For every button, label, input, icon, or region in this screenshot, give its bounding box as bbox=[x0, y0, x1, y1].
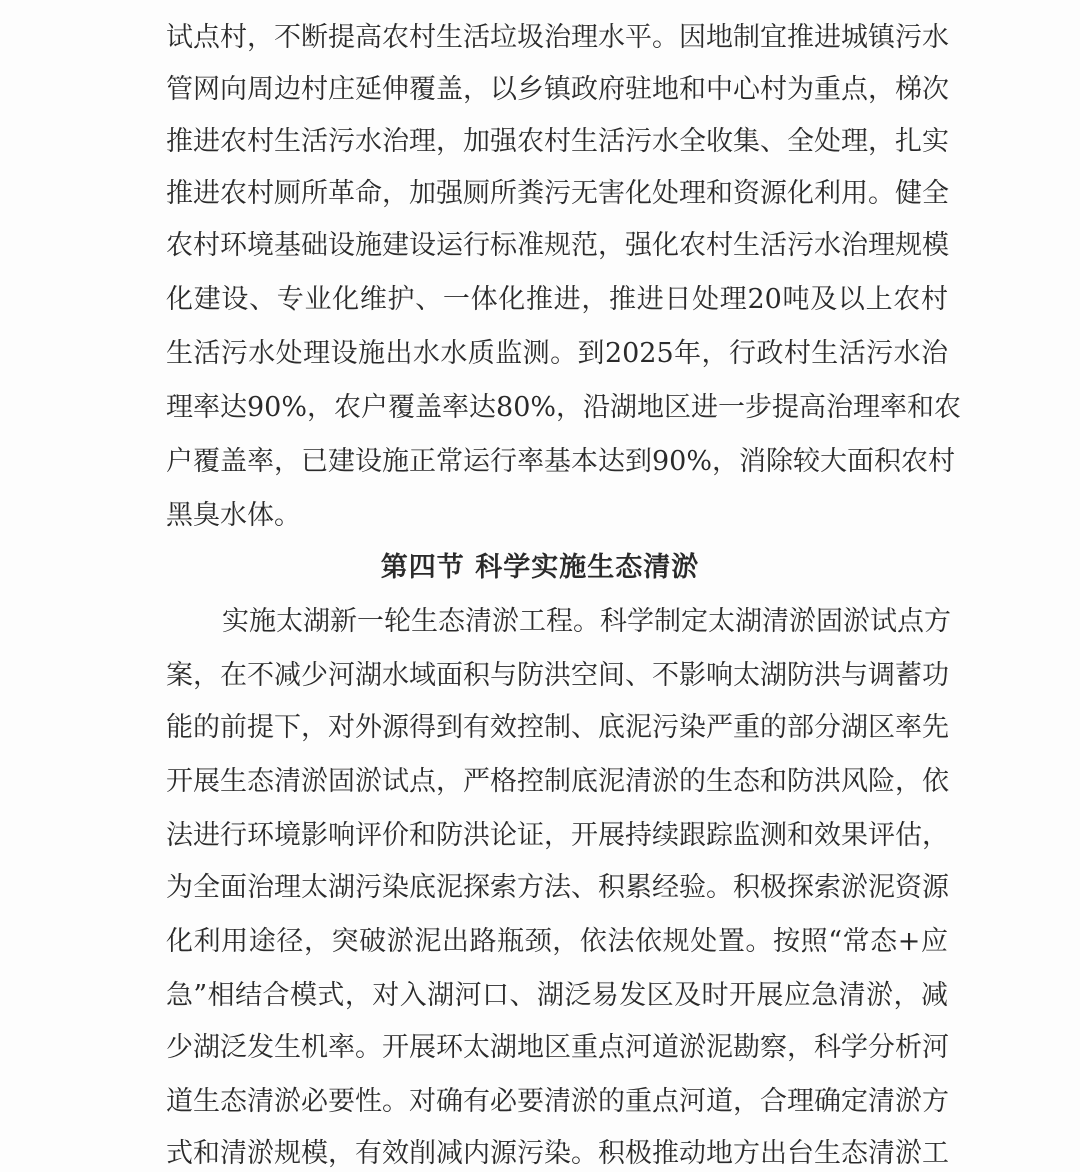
paragraph-line: 急”相结合模式，对入湖河口、湖泛易发区及时开展应急清淤，减 bbox=[166, 976, 948, 1016]
paragraph-line: 实施太湖新一轮生态清淤工程。科学制定太湖清淤固淤试点方 bbox=[222, 602, 948, 642]
paragraph-line: 化建设、专业化维护、一体化推进，推进日处理20吨及以上农村 bbox=[166, 280, 948, 320]
document-page: 试点村，不断提高农村生活垃圾治理水平。因地制宜推进城镇污水 管网向周边村庄延伸覆… bbox=[0, 0, 1080, 1172]
paragraph-line: 为全面治理太湖污染底泥探索方法、积累经验。积极探索淤泥资源 bbox=[166, 868, 948, 908]
paragraph-line: 推进农村生活污水治理，加强农村生活污水全收集、全处理，扎实 bbox=[166, 122, 948, 162]
paragraph-line: 推进农村厕所革命，加强厕所粪污无害化处理和资源化利用。健全 bbox=[166, 174, 948, 214]
paragraph-line: 农村环境基础设施建设运行标准规范，强化农村生活污水治理规模 bbox=[166, 226, 948, 266]
paragraph-line: 管网向周边村庄延伸覆盖，以乡镇政府驻地和中心村为重点，梯次 bbox=[166, 70, 948, 110]
paragraph-line: 案，在不减少河湖水域面积与防洪空间、不影响太湖防洪与调蓄功 bbox=[166, 656, 948, 696]
paragraph-line: 开展生态清淤固淤试点，严格控制底泥清淤的生态和防洪风险，依 bbox=[166, 762, 948, 802]
section-heading: 第四节 科学实施生态清淤 bbox=[0, 548, 1080, 588]
paragraph-line: 式和清淤规模，有效削减内源污染。积极推动地方出台生态清淤工 bbox=[166, 1134, 948, 1172]
paragraph-line: 理率达90%，农户覆盖率达80%，沿湖地区进一步提高治理率和农 bbox=[166, 388, 948, 428]
paragraph-line: 户覆盖率，已建设施正常运行率基本达到90%，消除较大面积农村 bbox=[166, 442, 948, 482]
paragraph-line: 化利用途径，突破淤泥出路瓶颈，依法依规处置。按照“常态+应 bbox=[166, 922, 948, 962]
paragraph-line: 少湖泛发生机率。开展环太湖地区重点河道淤泥勘察，科学分析河 bbox=[166, 1028, 948, 1068]
paragraph-line: 道生态清淤必要性。对确有必要清淤的重点河道，合理确定清淤方 bbox=[166, 1082, 948, 1122]
paragraph-line: 试点村，不断提高农村生活垃圾治理水平。因地制宜推进城镇污水 bbox=[166, 18, 948, 58]
paragraph-line: 生活污水处理设施出水水质监测。到2025年，行政村生活污水治 bbox=[166, 334, 948, 374]
paragraph-line: 能的前提下，对外源得到有效控制、底泥污染严重的部分湖区率先 bbox=[166, 708, 948, 748]
paragraph-line: 法进行环境影响评价和防洪论证，开展持续跟踪监测和效果评估， bbox=[166, 816, 948, 856]
paragraph-line: 黑臭水体。 bbox=[166, 496, 948, 536]
